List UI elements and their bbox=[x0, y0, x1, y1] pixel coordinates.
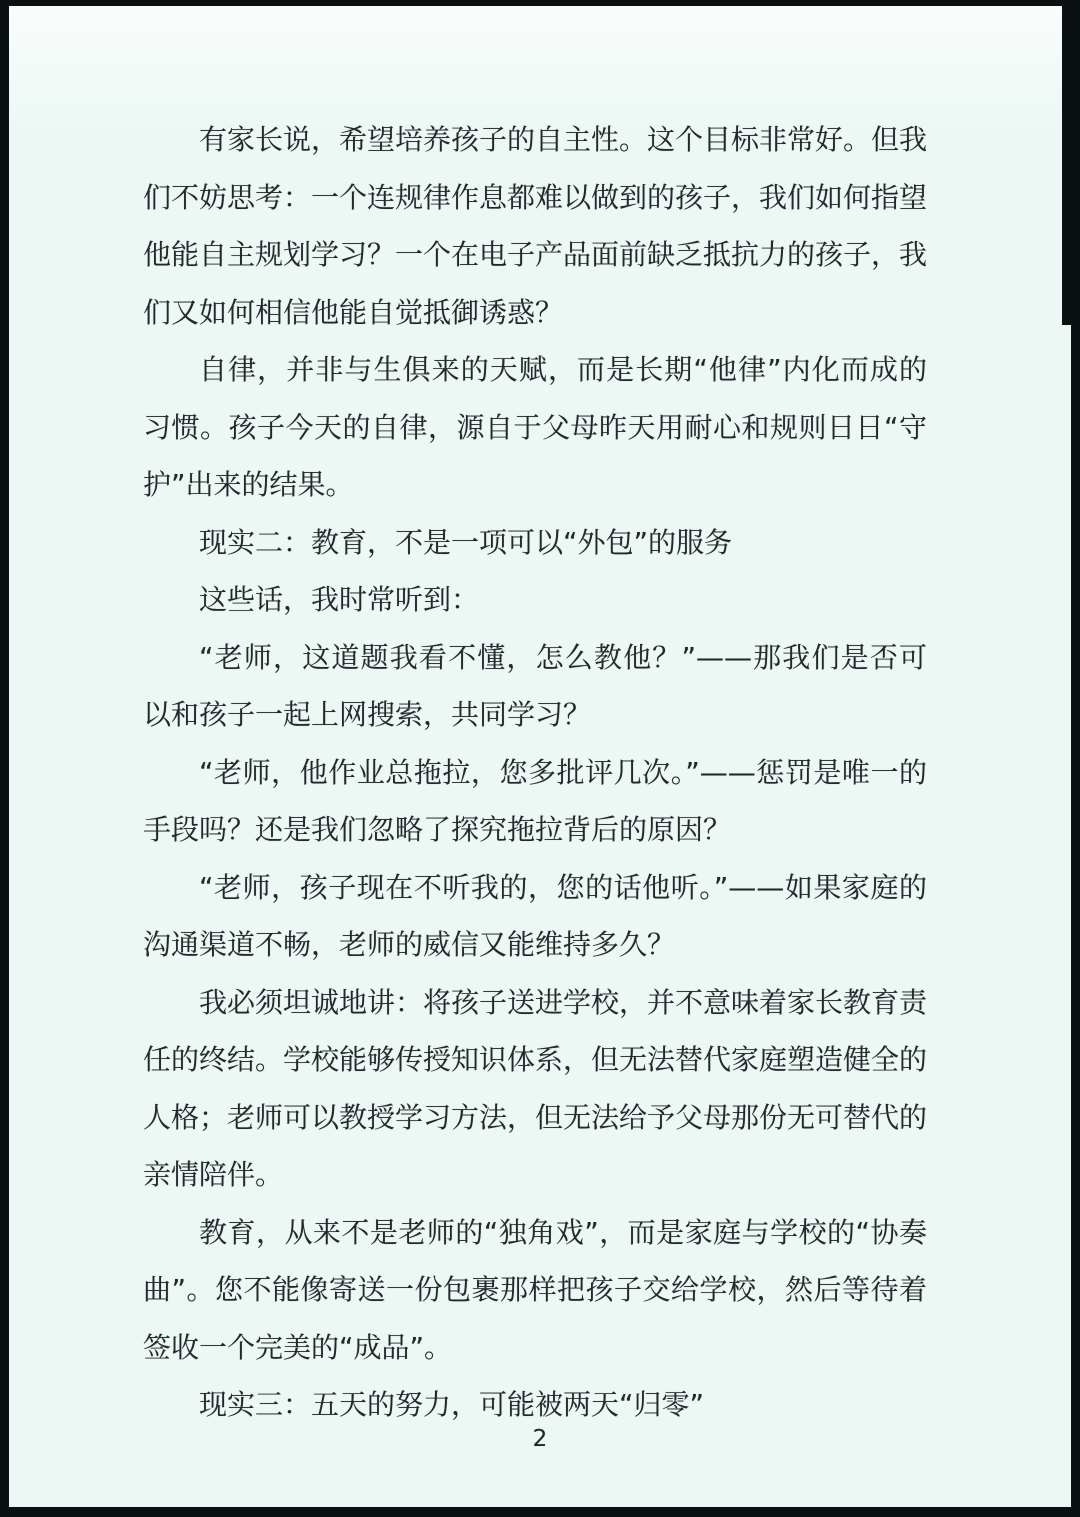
paragraph: “老师，这道题我看不懂，怎么教他？”——那我们是否可以和孩子一起上网搜索，共同学… bbox=[143, 629, 927, 744]
photo-edge-right-patch bbox=[1062, 0, 1080, 325]
text-block: 有家长说，希望培养孩子的自主性。这个目标非常好。但我们不妨思考：一个连规律作息都… bbox=[143, 111, 927, 1434]
photo-edge-left bbox=[0, 0, 9, 1517]
paragraph: 我必须坦诚地讲：将孩子送进学校，并不意味着家长教育责任的终结。学校能够传授知识体… bbox=[143, 974, 927, 1204]
paragraph: 现实二：教育，不是一项可以“外包”的服务 bbox=[143, 514, 927, 572]
paragraph: 有家长说，希望培养孩子的自主性。这个目标非常好。但我们不妨思考：一个连规律作息都… bbox=[143, 111, 927, 341]
paragraph: 这些话，我时常听到： bbox=[143, 571, 927, 629]
page-number: 2 bbox=[0, 1424, 1080, 1454]
paragraph: “老师，他作业总拖拉，您多批评几次。”——惩罚是唯一的手段吗？还是我们忽略了探究… bbox=[143, 744, 927, 859]
photo-edge-bottom bbox=[0, 1507, 1080, 1517]
document-page-photo: 有家长说，希望培养孩子的自主性。这个目标非常好。但我们不妨思考：一个连规律作息都… bbox=[0, 0, 1080, 1517]
paragraph: 自律，并非与生俱来的天赋，而是长期“他律”内化而成的习惯。孩子今天的自律，源自于… bbox=[143, 341, 927, 514]
paragraph: “老师，孩子现在不听我的，您的话他听。”——如果家庭的沟通渠道不畅，老师的威信又… bbox=[143, 859, 927, 974]
photo-edge-top bbox=[0, 0, 1080, 6]
paragraph: 教育，从来不是老师的“独角戏”，而是家庭与学校的“协奏曲”。您不能像寄送一份包裹… bbox=[143, 1204, 927, 1377]
